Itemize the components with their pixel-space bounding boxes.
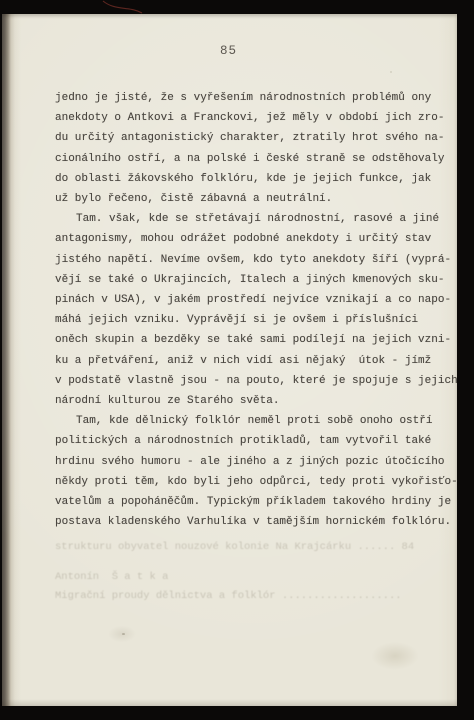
bleed-through-line: strukturu obyvatel nouzové kolonie Na Kr… [55,541,414,553]
text-line: národní kulturou ze Starého světa. [55,391,455,411]
text-line: postava kladenského Varhulíka v tamějším… [55,512,455,532]
text-line: do oblasti žákovského folklóru, kde je j… [55,169,455,189]
text-line: někdy proti těm, kdo byli jeho odpůrci, … [55,472,455,492]
text-line: oněch skupin a bezděky se také sami podí… [55,330,455,350]
page-number: 85 [220,44,237,58]
paragraph: Tam, kde dělnický folklór neměl proti so… [55,411,455,532]
paragraph: jedno je jisté, že s vyřešením národnost… [55,88,455,209]
body-text: jedno je jisté, že s vyřešením národnost… [55,88,455,532]
text-line: antagonismy, mohou odrážet podobné anekd… [55,229,455,249]
text-line: máhá jejich vzniku. Vyprávějí si je ovše… [55,310,455,330]
text-line: hrdinu svého humoru - ale jiného a z jin… [55,452,455,472]
text-line: Tam. však, kde se střetávají národnostní… [55,209,455,229]
text-line: jedno je jisté, že s vyřešením národnost… [55,88,455,108]
text-line: ku a přetváření, aniž v nich vidí asi ně… [55,351,455,371]
text-line: už bylo řečeno, čistě zábavná a neutráln… [55,189,455,209]
bleed-through-line: Migrační proudy dělnictva a folklór ....… [55,590,402,602]
text-line: vějí se také o Ukrajincích, Italech a ji… [55,270,455,290]
text-line: cionálního ostří, a na polské i české st… [55,149,455,169]
text-line: v podstatě vlastně jsou - na pouto, kter… [55,371,455,391]
scan-speck [122,633,125,635]
text-line: vatelům a popoháněčům. Typickým příklade… [55,492,455,512]
scan-speck [390,71,392,73]
text-line: jistého napětí. Nevíme ovšem, kdo tyto a… [55,250,455,270]
text-line: anekdoty o Antkovi a Franckovi, jež měly… [55,108,455,128]
scanned-page-photo: 85 jedno je jisté, že s vyřešením národn… [0,0,474,720]
text-line: du určitý antagonistický charakter, ztra… [55,128,455,148]
book-page: 85 jedno je jisté, že s vyřešením národn… [2,14,457,706]
bleed-through-line: Antonín Š a t k a [55,571,168,583]
text-line: Tam, kde dělnický folklór neměl proti so… [55,411,455,431]
text-line: pinách v USA), v jakém prostředí nejvíce… [55,290,455,310]
text-line: politických a národnostních protikladů, … [55,431,455,451]
paragraph: Tam. však, kde se střetávají národnostní… [55,209,455,411]
